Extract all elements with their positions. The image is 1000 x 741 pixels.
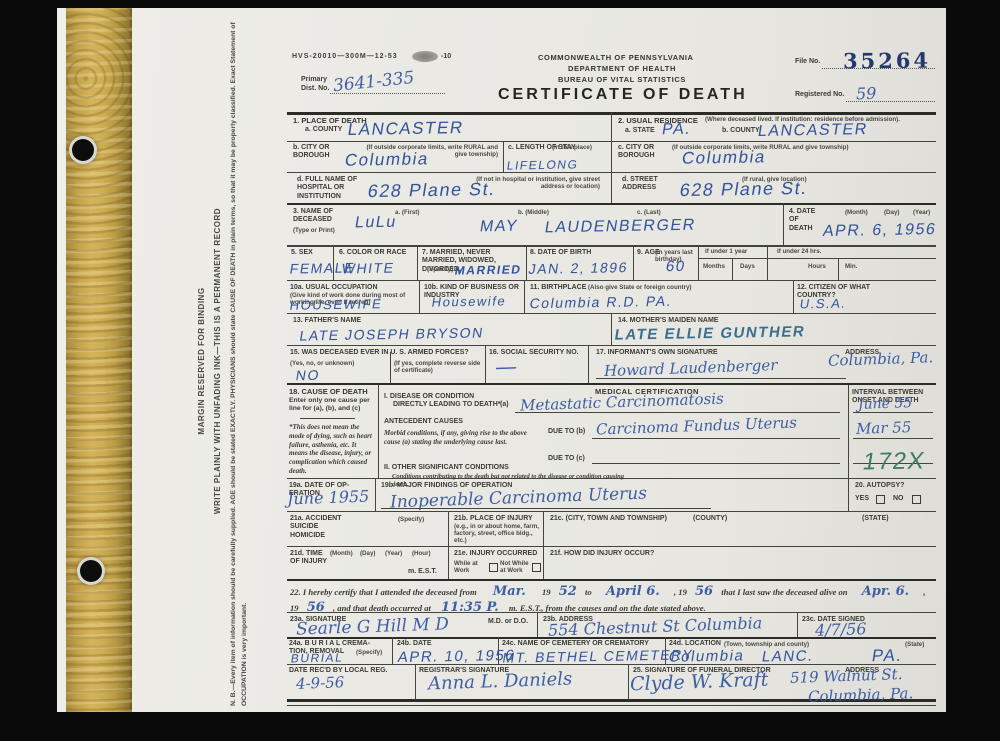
s3-title: 3. NAME OF DECEASED [293,208,353,225]
s8-value: JAN. 2, 1896 [528,259,630,277]
s4-month-label: (Month) [845,209,868,216]
s22-p2: 19 [542,587,551,597]
s24d-town-value: Columbia [668,647,746,665]
divider-v [419,280,420,313]
s4-value: APR. 6, 1956 [821,221,937,241]
s18-a-interval: June 55 [858,395,913,413]
s17-address-value: Columbia, Pa. [828,348,934,370]
s18-i-label2: DIRECTLY LEADING TO DEATH* [393,401,500,409]
s6-label: 6. COLOR OR RACE [339,249,406,257]
s22-p7: , and that death occurred at [333,603,431,613]
s9-u1b-label: Days [740,263,755,270]
s18-a-tag: (a) [500,401,509,409]
s6-value: WHITE [341,260,396,277]
s22-v7: 11:35 P. [433,600,507,615]
s14-value: LATE ELLIE GUNTHER [613,323,806,343]
s18-code-value: 172X [861,447,928,476]
divider-h [287,345,936,346]
s2b-value: LANCASTER [756,121,869,141]
divider-v [524,280,525,313]
s2a-value: PA. [661,121,693,140]
entry-rule [592,438,840,439]
s1b-value: Columbia [343,149,430,170]
s15-label: 15. WAS DECEASED EVER IN U. S. ARMED FOR… [290,349,485,357]
primary-label: Primary [301,76,327,84]
registered-no-value: 59 [856,84,877,104]
s21c-county-label: (COUNTY) [693,515,727,523]
certificate-title: CERTIFICATE OF DEATH [498,86,748,104]
s9-u1-label: If under 1 year [705,248,747,255]
divider-v [783,203,784,245]
s12-value: U.S.A. [799,296,848,312]
s24d-state-value: PA. [870,646,904,667]
s7-value: MARRIED [454,262,523,277]
entry-rule [853,438,933,439]
s24b-label: 24b. DATE [397,640,432,648]
s21d-est-label: m. E.S.T. [408,568,437,576]
s18-side2: *This does not mean the mode of dying, s… [289,423,375,476]
s20-label: 20. AUTOPSY? [855,482,904,490]
s22-v3: April 6. [594,584,672,599]
s2c-value: Columbia [680,147,767,168]
s21e-label: 21e. INJURY OCCURRED [454,550,537,558]
punch-hole-top [72,139,94,161]
s4-day-label: (Day) [884,209,899,216]
autopsy-yes-checkbox[interactable] [876,495,885,504]
s3-middle-value: MAY [479,218,520,237]
file-no-stamp: 35264 [843,48,931,74]
s7-note: (Specify) [427,266,453,273]
divider-v [838,258,839,280]
divider-h [287,511,936,512]
s3-last-value: LAUDENBERGER [543,217,697,238]
s22-v2: 52 [553,584,583,599]
s1a-value: LANCASTER [346,118,465,140]
s1d-label: d. FULL NAME OF HOSPITAL OR INSTITUTION [297,176,365,201]
s22-p3: to [585,587,592,597]
divider-v [415,664,416,700]
s21d-label: 21d. TIME OF INJURY [290,550,330,567]
s5-label: 5. SEX [291,249,313,257]
department-line: DEPARTMENT OF HEALTH [568,64,676,73]
divider-v [375,478,376,511]
s1d-value: 628 Plane St. [366,179,497,202]
dist-no-label: Dist. No. [301,85,329,93]
s1b-label: b. CITY OR BOROUGH [293,144,345,161]
s1a-label: a. COUNTY [305,126,342,134]
s18-morbid-note: Morbid conditions, if any, giving rise t… [384,429,544,447]
s21f-label: 21f. HOW DID INJURY OCCUR? [550,550,654,558]
s8-label: 8. DATE OF BIRTH [530,249,591,257]
s18-antecedent-label: ANTECEDENT CAUSES [384,418,463,426]
s2a-label: a. STATE [625,127,655,135]
s21d-hour-label: (Hour) [412,550,431,557]
s3-first-label: a. (First) [395,209,419,216]
divider-v [392,637,393,664]
s23a-md-label: M.D. or D.O. [488,618,528,626]
divider-v [485,345,486,383]
s22-p5: that I last saw the deceased alive on [721,587,847,597]
divider-v [767,245,768,280]
autopsy-no-checkbox[interactable] [912,495,921,504]
divider-h [287,546,936,547]
s23c-value: 4/7/56 [815,619,867,640]
s21d-day-label: (Day) [360,550,375,557]
injury-at-work-checkbox[interactable] [489,563,498,572]
form-number-suffix: -10 [441,53,451,61]
divider-v [378,385,379,478]
punch-hole-bottom [80,560,102,582]
divider-h [287,280,936,281]
s24a-note: (Specify) [356,649,382,656]
divider-h [287,705,936,706]
divider-v [503,141,504,172]
margin-line-2: WRITE PLAINLY WITH UNFADING INK—THIS IS … [213,16,222,706]
s21b-note: (e.g., in or about home, farm, factory, … [454,523,542,544]
s24d-county-value: LANC. [761,648,816,666]
s21a-note: (Specify) [398,516,424,523]
s10a-value: HOUSEWIFE [289,296,384,313]
divider-h [287,383,936,385]
s16-value: — [495,355,516,381]
s9-u1a-label: Months [703,263,725,270]
s24d-state-note: (State) [905,641,924,648]
s19a-value: June 1955 [287,487,370,509]
divider-h [287,245,936,247]
divider-v [698,245,699,280]
s22-v4: 56 [689,584,719,599]
injury-not-at-work-checkbox[interactable] [532,563,541,572]
divider-v [848,385,849,478]
form-number: HVS-20010—300M—12-53 [292,53,398,61]
s1c-value: LIFELONG [506,157,580,172]
s18-ii-label: II. OTHER SIGNIFICANT CONDITIONS [384,464,509,472]
bureau-line: BUREAU OF VITAL STATISTICS [558,75,686,84]
s20-no-label: NO [893,495,904,503]
s9-u24-label: If under 24 hrs. [777,248,821,255]
scanned-death-certificate: MARGIN RESERVED FOR BINDING WRITE PLAINL… [0,0,1000,741]
s22-p8: m. E.S.T., from the causes and on the da… [509,603,706,613]
s21d-year-label: (Year) [385,550,402,557]
s9-u24b-label: Min. [845,263,857,270]
divider-v [448,511,449,579]
s24b-value: APR. 10, 1956 [396,647,516,666]
s13-label: 13. FATHER'S NAME [293,317,361,325]
s18-c-tag: DUE TO (c) [548,455,585,463]
s3-middle-label: b. (Middle) [518,209,549,216]
s18-b-interval: Mar 55 [856,418,912,438]
reg-date-value: 4-9-56 [296,673,345,693]
s22-v1: Mar. [479,584,540,599]
s21e-w1-label: While at Work [454,560,488,574]
s18-label: 18. CAUSE OF DEATH [289,387,368,396]
s10b-value: Housewife [431,293,508,309]
s18-b-tag: DUE TO (b) [548,428,585,436]
divider-v [611,112,612,203]
divider-v [417,245,418,280]
s15-note2: (If yes, complete reverse side of certif… [394,360,482,374]
entry-rule [381,508,711,509]
s22-p4: , 19 [674,587,687,597]
commonwealth-line: COMMONWEALTH OF PENNSYLVANIA [538,53,694,62]
s24a-value: BURIAL [290,651,345,666]
margin-instructions: MARGIN RESERVED FOR BINDING WRITE PLAINL… [197,16,250,706]
margin-line-3: N. B.—Every item of information should b… [229,16,250,706]
s2d-label: d. STREET ADDRESS [622,176,670,193]
s15-note1: (Yes, no, or unknown) [290,360,354,367]
s2b-label: b. COUNTY [722,127,760,135]
s22-certification-paragraph: 22. I hereby certify that I attended the… [290,584,934,616]
s20-yes-label: YES [855,495,869,503]
s21c-state-label: (STATE) [862,515,889,523]
s1c-note: (In this place) [552,144,602,151]
divider-h [698,258,936,259]
s3-first-value: LuLu [354,214,399,233]
s9-u24a-label: Hours [808,263,826,270]
divider-h [287,203,936,205]
divider-v [611,313,612,345]
s3-last-label: c. (Last) [637,209,661,216]
s22-p1: 22. I hereby certify that I attended the… [290,587,477,597]
s21d-month-label: (Month) [330,550,353,557]
margin-line-1: MARGIN RESERVED FOR BINDING [197,16,206,706]
file-no-label: File No. [795,58,820,66]
divider-h [287,664,936,665]
divider-v [793,280,794,313]
s9-value: 60 [665,258,687,275]
state-seal-icon [412,51,438,62]
s22-v6: 56 [301,600,331,615]
s2c-label: c. CITY OR BOROUGH [618,144,670,161]
divider-v [848,478,849,511]
divider-h [596,378,846,379]
divider-v [588,345,589,383]
s4-title: 4. DATE OF DEATH [789,208,823,233]
divider-h [287,579,936,581]
divider-v [732,258,733,280]
s11-value: Columbia R.D. PA. [529,293,674,311]
divider-v [633,245,634,280]
s15-value: NO [295,367,322,383]
s22-v5: Apr. 6. [850,584,921,599]
s11-note: (Also give State or foreign country) [588,284,708,291]
s4-year-label: (Year) [913,209,930,216]
s21e-w2-label: Not While at Work [500,560,534,574]
registered-no-label: Registered No. [795,91,844,99]
s11-label: 11. BIRTHPLACE [530,284,586,292]
s2d-value: 628 Plane St. [678,178,809,201]
s18-side1: Enter only one cause per line for (a), (… [289,397,374,414]
funeral-director-address-2: Columbia, Pa. [808,684,914,706]
s13-value: LATE JOSEPH BRYSON [298,324,485,343]
s21c-label: 21c. (CITY, TOWN AND TOWNSHIP) [550,515,667,523]
s21a-label: 21a. ACCIDENT SUICIDE HOMICIDE [290,515,345,540]
divider-v [628,664,629,700]
s24c-value: MT. BETHEL CEMETERY [501,646,694,665]
entry-rule [592,463,840,464]
divider-v [543,511,544,579]
divider-h [300,418,355,419]
s3-note: (Type or Print) [293,227,335,234]
s17-label: 17. INFORMANT'S OWN SIGNATURE [596,349,718,357]
binding-tape-strip [66,8,132,712]
